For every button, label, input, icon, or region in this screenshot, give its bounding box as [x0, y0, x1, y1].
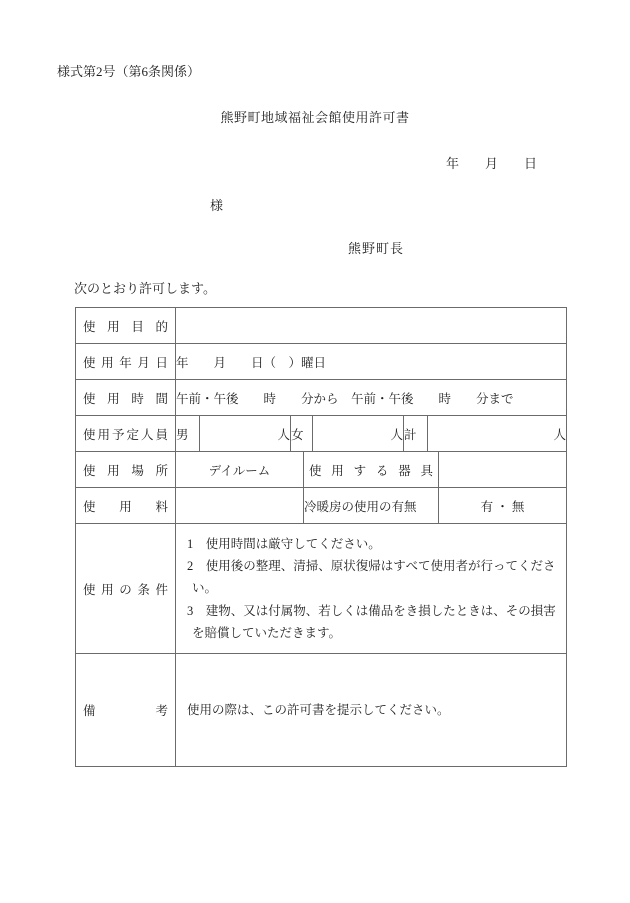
row-remarks: 備考 使用の際は、この許可書を提示してください。 [76, 654, 567, 767]
total-count-cell: 人 [428, 416, 567, 452]
use-date-label-cell: 使用年月日 [76, 344, 176, 380]
page-title: 熊野町地域福祉会館使用許可書 [0, 107, 630, 126]
row-attendance: 使用予定人員 男 人 女 人 計 人 [76, 416, 567, 452]
use-date-value-cell: 年 月 日（ ）曜日 [176, 344, 567, 380]
addressee-suffix: 様 [210, 195, 223, 214]
use-time-value-cell: 午前・午後 時 分から 午前・午後 時 分まで [176, 380, 567, 416]
attendance-label-cell: 使用予定人員 [76, 416, 176, 452]
male-count-cell: 人 [200, 416, 291, 452]
conditions-label: 使用の条件 [76, 580, 175, 598]
equipment-label: 使用する器具 [304, 461, 438, 479]
conditions-value-cell: 1 使用時間は厳守してください。 2 使用後の整理、清掃、原状復帰はすべて使用者… [176, 524, 567, 654]
use-time-label: 使用時間 [76, 389, 175, 407]
remarks-value-cell: 使用の際は、この許可書を提示してください。 [176, 654, 567, 767]
condition-line-2: 2 使用後の整理、清掃、原状復帰はすべて使用者が行ってくださ [176, 555, 566, 577]
purpose-label: 使用目的 [76, 317, 175, 335]
remarks-label-cell: 備考 [76, 654, 176, 767]
condition-line-3b: を賠償していただきます。 [176, 622, 566, 644]
issuer-title: 熊野町長 [348, 238, 404, 257]
total-label-cell: 計 [404, 416, 428, 452]
row-purpose: 使用目的 [76, 308, 567, 344]
document-page: 様式第2号（第6条関係） 熊野町地域福祉会館使用許可書 年 月 日 様 熊野町長… [0, 0, 630, 903]
place-value-cell: デイルーム [176, 452, 304, 488]
condition-line-1: 1 使用時間は厳守してください。 [176, 533, 566, 555]
hvac-choice-cell: 有 ・ 無 [439, 488, 567, 524]
row-place: 使用場所 デイルーム 使用する器具 [76, 452, 567, 488]
row-use-date: 使用年月日 年 月 日（ ）曜日 [76, 344, 567, 380]
use-time-label-cell: 使用時間 [76, 380, 176, 416]
place-label: 使用場所 [76, 461, 175, 479]
remarks-text: 使用の際は、この許可書を提示してください。 [176, 699, 566, 721]
use-date-label: 使用年月日 [76, 353, 175, 371]
purpose-value-cell [176, 308, 567, 344]
purpose-label-cell: 使用目的 [76, 308, 176, 344]
intro-sentence: 次のとおり許可します。 [74, 278, 216, 297]
row-use-time: 使用時間 午前・午後 時 分から 午前・午後 時 分まで [76, 380, 567, 416]
form-number: 様式第2号（第6条関係） [57, 61, 200, 80]
hvac-label-cell: 冷暖房の使用の有無 [304, 488, 439, 524]
equipment-value-cell [439, 452, 567, 488]
attendance-label: 使用予定人員 [76, 425, 175, 443]
condition-line-2b: い。 [176, 577, 566, 599]
fee-label-cell: 使用料 [76, 488, 176, 524]
row-conditions: 使用の条件 1 使用時間は厳守してください。 2 使用後の整理、清掃、原状復帰は… [76, 524, 567, 654]
female-label-cell: 女 [291, 416, 313, 452]
conditions-label-cell: 使用の条件 [76, 524, 176, 654]
permit-table: 使用目的 使用年月日 年 月 日（ ）曜日 使用時間 午前・午後 時 分から 午… [75, 307, 567, 767]
fee-value-cell [176, 488, 304, 524]
fee-label: 使用料 [76, 497, 175, 515]
row-fee: 使用料 冷暖房の使用の有無 有 ・ 無 [76, 488, 567, 524]
condition-line-3: 3 建物、又は付属物、若しくは備品をき損したときは、その損害 [176, 600, 566, 622]
female-count-cell: 人 [313, 416, 404, 452]
place-label-cell: 使用場所 [76, 452, 176, 488]
issue-date-line: 年 月 日 [446, 153, 537, 172]
equipment-label-cell: 使用する器具 [304, 452, 439, 488]
remarks-label: 備考 [76, 701, 175, 719]
male-label-cell: 男 [176, 416, 200, 452]
